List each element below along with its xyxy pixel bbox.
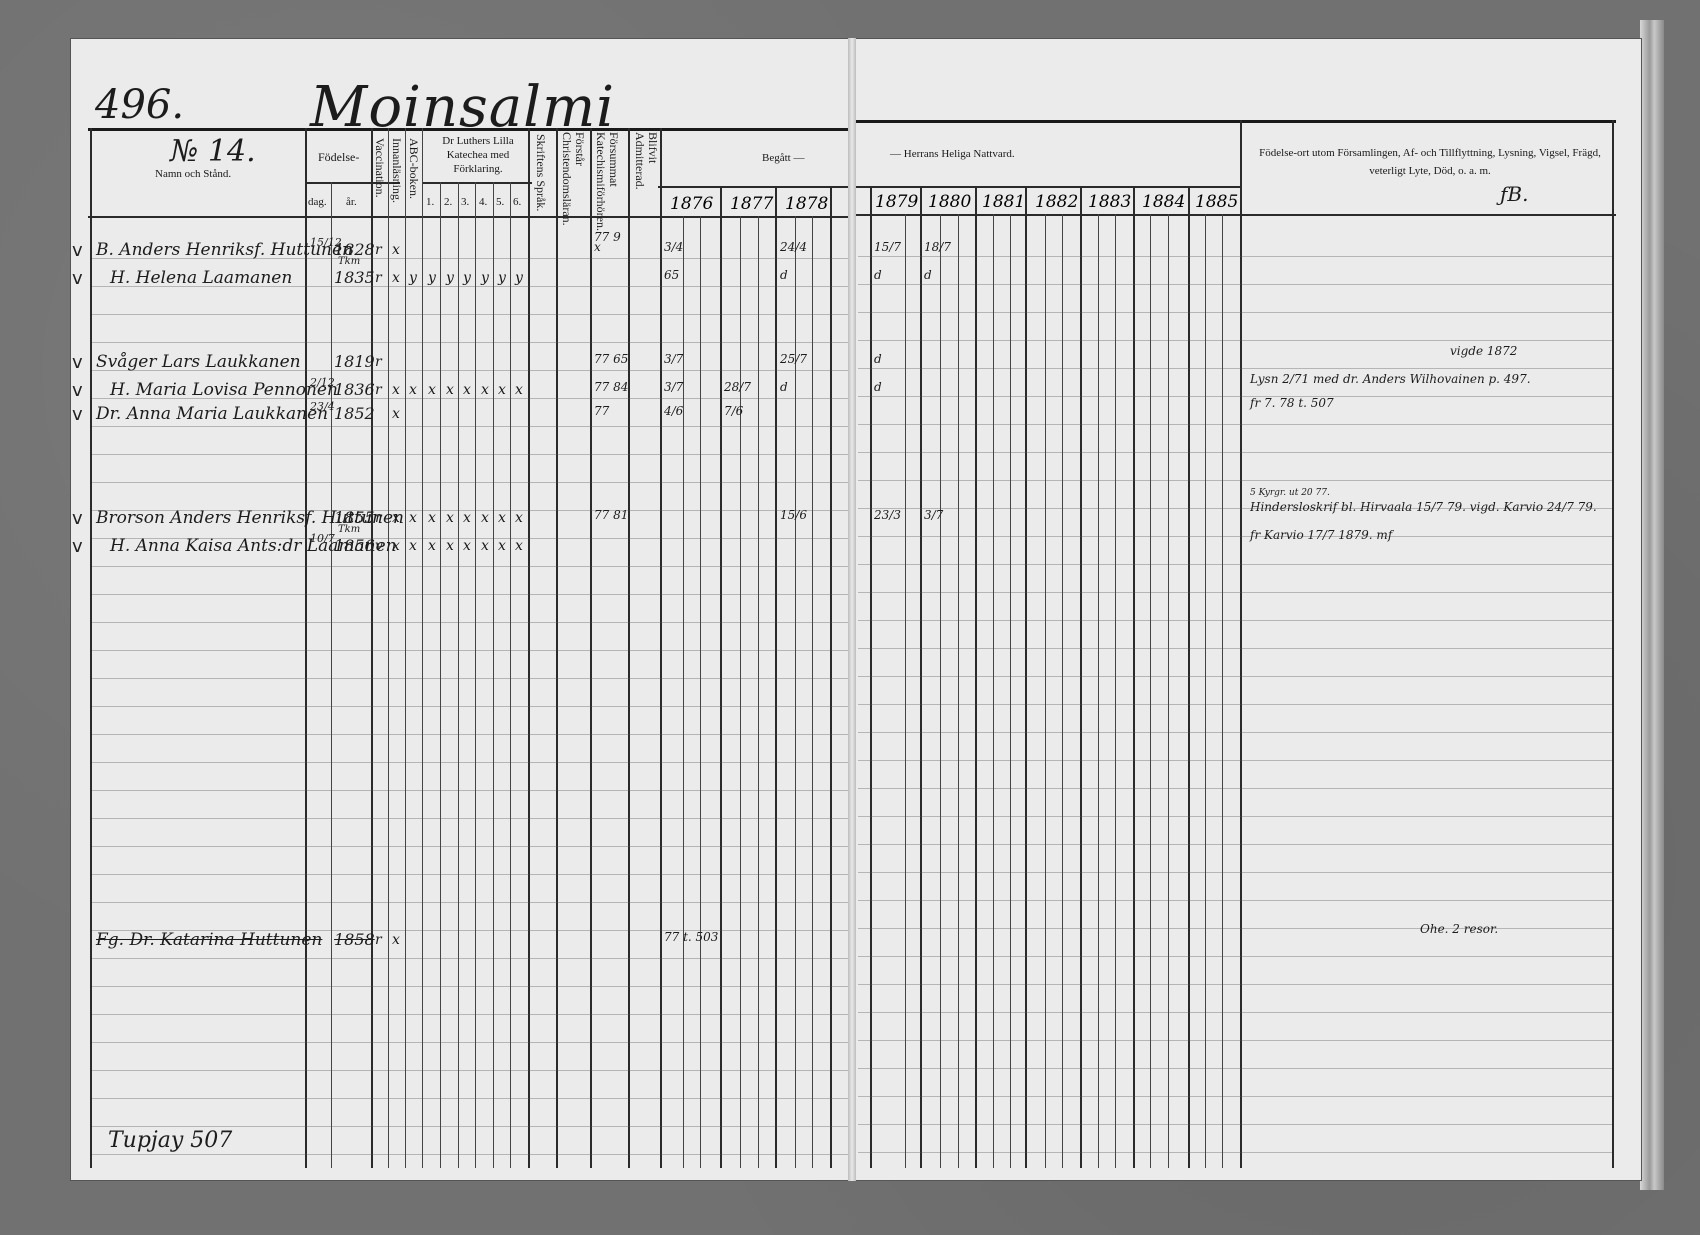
birth-day: 10/7	[310, 532, 335, 545]
communion-1876: 3/7	[664, 352, 683, 366]
cat-col-5: 5.	[496, 196, 504, 208]
ledger-rule-right	[858, 396, 1612, 397]
check-mark: v	[72, 508, 83, 529]
ledger-rule-right	[858, 788, 1612, 789]
year-1881-subcol-2	[1010, 214, 1011, 1168]
catechism-mark: x	[481, 510, 489, 526]
catechism-header: Dr Luthers Lilla Katechea med Förklaring…	[426, 134, 530, 176]
christendom-border	[590, 128, 592, 1168]
vaccination-mark: r	[375, 354, 382, 370]
ledger-rule-left	[92, 1014, 848, 1015]
person-name: H. Maria Lovisa Pennonen	[110, 380, 338, 400]
ledger-rule-left	[92, 1126, 848, 1127]
communion-1877: 7/6	[724, 404, 743, 418]
birth-year: 1858	[334, 930, 375, 949]
ledger-rule-right	[858, 648, 1612, 649]
name-header: Namn och Stånd.	[155, 168, 231, 180]
cat1-border	[440, 182, 441, 1168]
cat-col-4: 4.	[479, 196, 487, 208]
birth-year: 1819	[334, 352, 375, 371]
vaccination-mark: r	[375, 382, 382, 398]
ledger-rule-right	[858, 256, 1612, 257]
ledger-rule-left	[92, 734, 848, 735]
check-mark: v	[72, 404, 83, 425]
communion-1876: 4/6	[664, 404, 683, 418]
communion-1878: d	[780, 268, 788, 282]
catechism-mark: x	[463, 510, 471, 526]
catechism-mark: x	[515, 382, 523, 398]
communion-1880: 18/7	[924, 240, 951, 254]
catechism-mark: y	[515, 270, 523, 286]
catechism-mark: x	[498, 382, 506, 398]
ledger-rule-right	[858, 452, 1612, 453]
remarks-header-mark: ƒB.	[1500, 182, 1528, 206]
forsummat-note: 77 81	[594, 508, 628, 522]
communion-1878: 24/4	[780, 240, 807, 254]
check-mark: v	[72, 536, 83, 557]
forsummat-border	[628, 128, 630, 1168]
remarks-entry: Lysn 2/71 med dr. Anders Wilhovainen p. …	[1250, 372, 1531, 386]
year-1884-border	[1188, 186, 1190, 1168]
innanlasning-mark: x	[392, 382, 400, 398]
catechism-mark: y	[481, 270, 489, 286]
communion-1878: 25/7	[780, 352, 807, 366]
communion-header-left: Begått —	[762, 152, 804, 164]
vaccination-border	[388, 128, 389, 1168]
catechism-mark: x	[446, 510, 454, 526]
ledger-rule-left	[92, 594, 848, 595]
communion-1877: 28/7	[724, 380, 751, 394]
check-mark: v	[72, 380, 83, 401]
vaccination-mark: r	[375, 932, 382, 948]
birth-header: Födelse-	[318, 150, 359, 165]
innanlasning-mark: x	[392, 406, 400, 422]
vaccination-header: Vaccination.	[373, 138, 386, 198]
check-mark: v	[72, 352, 83, 373]
catechism-mark: y	[498, 270, 506, 286]
ledger-rule-right	[858, 816, 1612, 817]
ledger-rule-left	[92, 762, 848, 763]
catechism-mark: x	[498, 538, 506, 554]
year-1879-border	[920, 186, 922, 1168]
ledger-rule-left	[92, 454, 848, 455]
year-1877-border	[775, 186, 777, 1168]
ledger-rule-right	[858, 312, 1612, 313]
cat2-border	[458, 182, 459, 1168]
ledger-rule-right	[858, 620, 1612, 621]
ledger-rule-left	[92, 482, 848, 483]
abc-header: ABC-boken.	[407, 138, 420, 199]
cat5-border	[510, 182, 511, 1168]
catechism-mark: y	[428, 270, 436, 286]
ledger-rule-right	[858, 480, 1612, 481]
header-bottom-rule-left	[88, 216, 848, 218]
year-1879-subcol	[905, 214, 906, 1168]
birth-day: 23/4	[310, 400, 335, 413]
ledger-rule-right	[858, 1068, 1612, 1069]
remarks-small-note: 5 Kyrgr. ut 20 77.	[1250, 488, 1330, 498]
check-mark: v	[72, 240, 83, 261]
remarks-entry: Hindersloskrif bl. Hirvaala 15/7 79. vig…	[1250, 500, 1597, 514]
person-name: H. Helena Laamanen	[110, 268, 292, 288]
year-1877-subcol-2	[758, 216, 759, 1168]
ledger-rule-right	[858, 1124, 1612, 1125]
communion-1878: d	[780, 380, 788, 394]
person-name: Dr. Anna Maria Laukkanen	[96, 404, 328, 424]
year-1883-border	[1133, 186, 1135, 1168]
ledger-rule-left	[92, 566, 848, 567]
remarks-entry: Ohe. 2 resor.	[1420, 922, 1498, 936]
catechism-mark: x	[428, 382, 436, 398]
catechism-mark: x	[446, 382, 454, 398]
communion-1879: d	[874, 352, 882, 366]
catechism-mark: x	[481, 538, 489, 554]
remarks-header: Födelse-ort utom Församlingen, Af- och T…	[1250, 144, 1610, 180]
ledger-rule-right	[858, 872, 1612, 873]
page-number: 496.	[95, 82, 184, 128]
person-name: Fg. Dr. Katarina Huttunen	[96, 930, 322, 950]
communion-1880: d	[924, 268, 932, 282]
catechism-mark: x	[481, 382, 489, 398]
year-1877: 1877	[730, 194, 773, 214]
ledger-rule-left	[92, 818, 848, 819]
catechism-mark: x	[446, 538, 454, 554]
year-1881-border	[1025, 186, 1027, 1168]
ledger-rule-right	[858, 704, 1612, 705]
year-1885-subcol	[1205, 214, 1206, 1168]
person-name: Svåger Lars Laukkanen	[96, 352, 301, 372]
year-1876-subcol-2	[700, 216, 701, 1168]
birth-year: 1836	[334, 380, 375, 399]
catechism-mark: y	[463, 270, 471, 286]
ledger-rule-right	[858, 564, 1612, 565]
year-1878-subcol-2	[812, 216, 813, 1168]
catechism-mark: x	[463, 382, 471, 398]
check-mark: v	[72, 268, 83, 289]
innanlasning-header: Innanläsning.	[390, 138, 403, 203]
catechism-mark: x	[463, 538, 471, 554]
ledger-rule-right	[858, 284, 1612, 285]
ledger-rule-right	[858, 900, 1612, 901]
year-1877-subcol	[740, 216, 741, 1168]
year-1880-border	[975, 186, 977, 1168]
household-number: № 14.	[170, 134, 256, 169]
year-1882-subcol-2	[1062, 214, 1063, 1168]
cat-col-2: 2.	[444, 196, 452, 208]
innanlasning-mark: x	[392, 270, 400, 286]
cat-col-6: 6.	[513, 196, 521, 208]
innanlasning-mark: x	[392, 510, 400, 526]
remarks-entry: fr Karvio 17/7 1879. mf	[1250, 528, 1392, 542]
communion-header-right: — Herrans Heliga Nattvard.	[890, 148, 1015, 160]
birth-year-header: år.	[346, 196, 357, 208]
ledger-rule-right	[858, 844, 1612, 845]
birth-day-border	[331, 182, 332, 1168]
admit-note: 77 9	[594, 230, 621, 244]
ledger-rule-left	[92, 958, 848, 959]
vaccination-mark: r	[375, 510, 382, 526]
admitterad-border	[660, 128, 662, 1168]
birth-year: 1835	[334, 268, 375, 287]
header-top-rule-left	[88, 128, 848, 131]
ledger-rule-right	[858, 928, 1612, 929]
year-1879-left-border	[870, 186, 872, 1168]
vaccination-mark: v	[375, 538, 383, 554]
communion-1879: 23/3	[874, 508, 901, 522]
ledger-rule-left	[92, 622, 848, 623]
year-1880: 1880	[928, 192, 971, 212]
year-1885: 1885	[1195, 192, 1238, 212]
catechism-mark: x	[428, 510, 436, 526]
admitterad-header: Blifvit Admitterad.	[633, 132, 659, 212]
catechism-mark: x	[428, 538, 436, 554]
name-col-left-border	[90, 128, 92, 1168]
catechism-mark: y	[446, 270, 454, 286]
ledger-rule-left	[92, 1154, 848, 1155]
ledger-rule-right	[858, 760, 1612, 761]
innanlasning-mark: x	[392, 932, 400, 948]
ledger-rule-left	[92, 846, 848, 847]
abc-mark: x	[409, 538, 417, 554]
forsummat-note: 77 84	[594, 380, 628, 394]
year-1884-subcol	[1150, 214, 1151, 1168]
catechism-subheader-rule	[422, 182, 532, 184]
ledger-rule-right	[858, 1152, 1612, 1153]
catechism-right-border	[528, 128, 530, 1168]
ledger-rule-right	[858, 1096, 1612, 1097]
book-page-edges	[1640, 20, 1664, 1190]
innanlasning-border	[405, 128, 406, 1168]
book-spine	[848, 38, 856, 1181]
ledger-rule-right	[858, 340, 1612, 341]
remarks-entry: fr 7. 78 t. 507	[1250, 396, 1334, 410]
ledger-rule-left	[92, 1098, 848, 1099]
abc-border	[422, 128, 423, 1168]
ledger-rule-right	[858, 592, 1612, 593]
birth-year: 1852	[334, 404, 375, 423]
birth-day: 2/12	[310, 376, 335, 389]
ledger-rule-left	[92, 986, 848, 987]
year-1882-border	[1080, 186, 1082, 1168]
ledger-rule-left	[92, 1070, 848, 1071]
year-1876-border	[720, 186, 722, 1168]
year-1880-subcol	[940, 214, 941, 1168]
communion-1879: d	[874, 268, 882, 282]
year-1882-subcol	[1045, 214, 1046, 1168]
communion-1876: 77 t. 503	[664, 930, 718, 944]
abc-mark: x	[409, 510, 417, 526]
communion-1876: 65	[664, 268, 679, 282]
vaccination-mark: r	[375, 270, 382, 286]
footer-note: Tupjay 507	[108, 1128, 232, 1153]
cat4-border	[493, 182, 494, 1168]
remarks-right-border	[1612, 120, 1614, 1168]
ledger-rule-left	[92, 902, 848, 903]
year-1885-subcol-2	[1222, 214, 1223, 1168]
year-1876: 1876	[670, 194, 713, 214]
year-1878: 1878	[785, 194, 828, 214]
ledger-rule-left	[92, 314, 848, 315]
cat-col-3: 3.	[461, 196, 469, 208]
ledger-rule-right	[858, 1040, 1612, 1041]
birth-year: 1856	[334, 536, 375, 555]
ledger-rule-right	[858, 424, 1612, 425]
ledger-rule-left	[92, 650, 848, 651]
communion-1876: 3/7	[664, 380, 683, 394]
catechism-mark: x	[515, 510, 523, 526]
years-subheader-rule-right	[856, 186, 1240, 188]
year-1879: 1879	[875, 192, 918, 212]
ledger-rule-right	[858, 984, 1612, 985]
ledger-rule-right	[858, 536, 1612, 537]
year-1881-subcol	[993, 214, 994, 1168]
cat-col-1: 1.	[426, 196, 434, 208]
communion-1878: 15/6	[780, 508, 807, 522]
communion-1879: d	[874, 380, 882, 394]
ledger-rule-right	[858, 956, 1612, 957]
abc-mark: y	[409, 270, 417, 286]
ledger-rule-right	[858, 732, 1612, 733]
ledger-rule-left	[92, 342, 848, 343]
birth-year-note: Tkm	[338, 524, 360, 535]
christendom-header: Förstår Christendomsläran.	[560, 132, 586, 212]
forsummat-note: 77	[594, 404, 609, 418]
skriftens-border	[556, 128, 558, 1168]
year-1883-subcol	[1098, 214, 1099, 1168]
year-1884-subcol-2	[1168, 214, 1169, 1168]
ledger-rule-left	[92, 426, 848, 427]
communion-1876: 3/4	[664, 240, 683, 254]
ledger-rule-left	[92, 706, 848, 707]
remarks-entry: vigde 1872	[1450, 344, 1517, 358]
ledger-rule-left	[92, 790, 848, 791]
header-top-rule-right	[856, 120, 1616, 123]
communion-1880: 3/7	[924, 508, 943, 522]
year-1883-subcol-2	[1115, 214, 1116, 1168]
catechism-mark: x	[515, 538, 523, 554]
year-1883: 1883	[1088, 192, 1131, 212]
catechism-mark: x	[498, 510, 506, 526]
header-bottom-rule-right	[856, 214, 1616, 216]
ledger-rule-left	[92, 678, 848, 679]
name-col-right-border	[305, 128, 307, 1168]
ledger-rule-left	[92, 1042, 848, 1043]
abc-mark: x	[409, 382, 417, 398]
forsummat-header: Försummat Katechismiförhören.	[594, 132, 620, 212]
birth-year-note: Tkm	[338, 256, 360, 267]
year-1878-border	[830, 186, 832, 1168]
ledger-rule-right	[858, 676, 1612, 677]
year-1882: 1882	[1035, 192, 1078, 212]
year-1881: 1881	[982, 192, 1025, 212]
ledger-rule-right	[858, 1012, 1612, 1013]
vaccination-mark: r	[375, 242, 382, 258]
innanlasning-mark: x	[392, 242, 400, 258]
forsummat-note: 77 65	[594, 352, 628, 366]
cat3-border	[475, 182, 476, 1168]
remarks-left-border	[1240, 120, 1242, 1168]
years-subheader-rule-left	[658, 186, 848, 188]
ledger-rule-left	[92, 874, 848, 875]
innanlasning-mark: x	[392, 538, 400, 554]
year-1880-subcol-2	[958, 214, 959, 1168]
ledger-rule-right	[858, 368, 1612, 369]
year-1884: 1884	[1142, 192, 1185, 212]
communion-1879: 15/7	[874, 240, 901, 254]
skriftens-header: Skriftens Språk.	[534, 134, 547, 211]
birth-day-header: dag.	[308, 196, 327, 208]
